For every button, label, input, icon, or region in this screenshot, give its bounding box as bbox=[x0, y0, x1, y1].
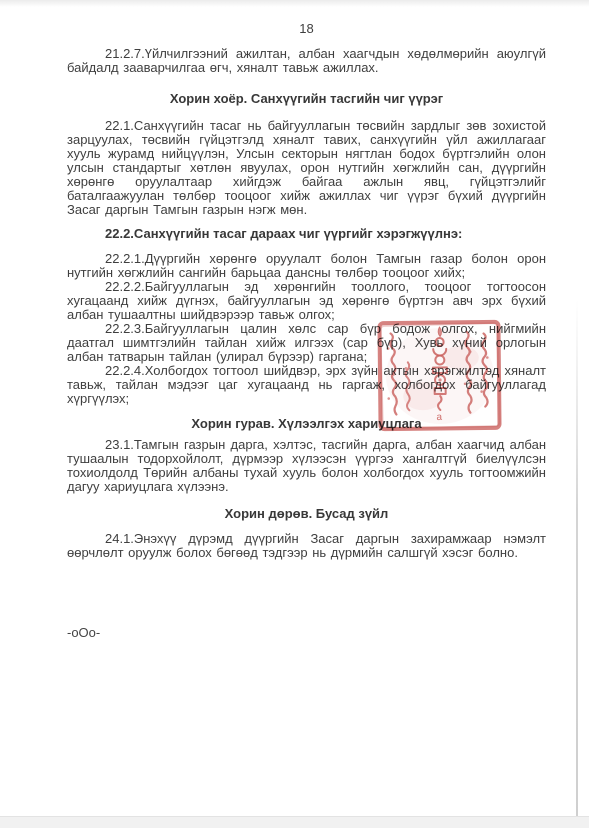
paragraph-22-2-2: 22.2.2.Байгууллагын эд хөрөнгийн тооллог… bbox=[67, 280, 546, 322]
paragraph-22-2-3: 22.2.3.Байгууллагын цалин хөлс сар бүр б… bbox=[67, 322, 546, 364]
subsection-lead-22-2: 22.2.Санхүүгийн тасаг дараах чиг үүргийг… bbox=[67, 227, 546, 241]
section-heading-22: Хорин хоёр. Санхүүгийн тасгийн чиг үүрэг bbox=[67, 92, 546, 106]
scan-edge-artifact-bottom bbox=[0, 816, 589, 828]
scan-edge-artifact-right-line bbox=[576, 300, 578, 828]
paragraph-21-2-7: 21.2.7.Үйлчилгээний ажилтан, албан хаагч… bbox=[67, 47, 546, 75]
section-heading-23: Хорин гурав. Хүлээлгэх хариуцлага bbox=[67, 417, 546, 431]
scan-edge-artifact-top bbox=[0, 0, 589, 7]
page-number: 18 bbox=[67, 22, 546, 36]
document-body: 18 21.2.7.Үйлчилгээний ажилтан, албан ха… bbox=[67, 22, 546, 640]
section-heading-24: Хорин дөрөв. Бусад зүйл bbox=[67, 507, 546, 521]
paragraph-23-1: 23.1.Тамгын газрын дарга, хэлтэс, тасгий… bbox=[67, 438, 546, 494]
paragraph-24-1: 24.1.Энэхүү дүрэмд дүүргийн Засаг даргын… bbox=[67, 532, 546, 560]
end-of-document-mark: -оОо- bbox=[67, 626, 546, 640]
paragraph-22-2-1: 22.2.1.Дүүргийн хөрөнгө оруулалт болон Т… bbox=[67, 252, 546, 280]
paragraph-22-1: 22.1.Санхүүгийн тасаг нь байгууллагын тө… bbox=[67, 119, 546, 217]
paragraph-22-2-4: 22.2.4.Холбогдох тогтоол шийдвэр, эрх зү… bbox=[67, 364, 546, 406]
scanned-document-page: 18 21.2.7.Үйлчилгээний ажилтан, албан ха… bbox=[0, 0, 589, 828]
